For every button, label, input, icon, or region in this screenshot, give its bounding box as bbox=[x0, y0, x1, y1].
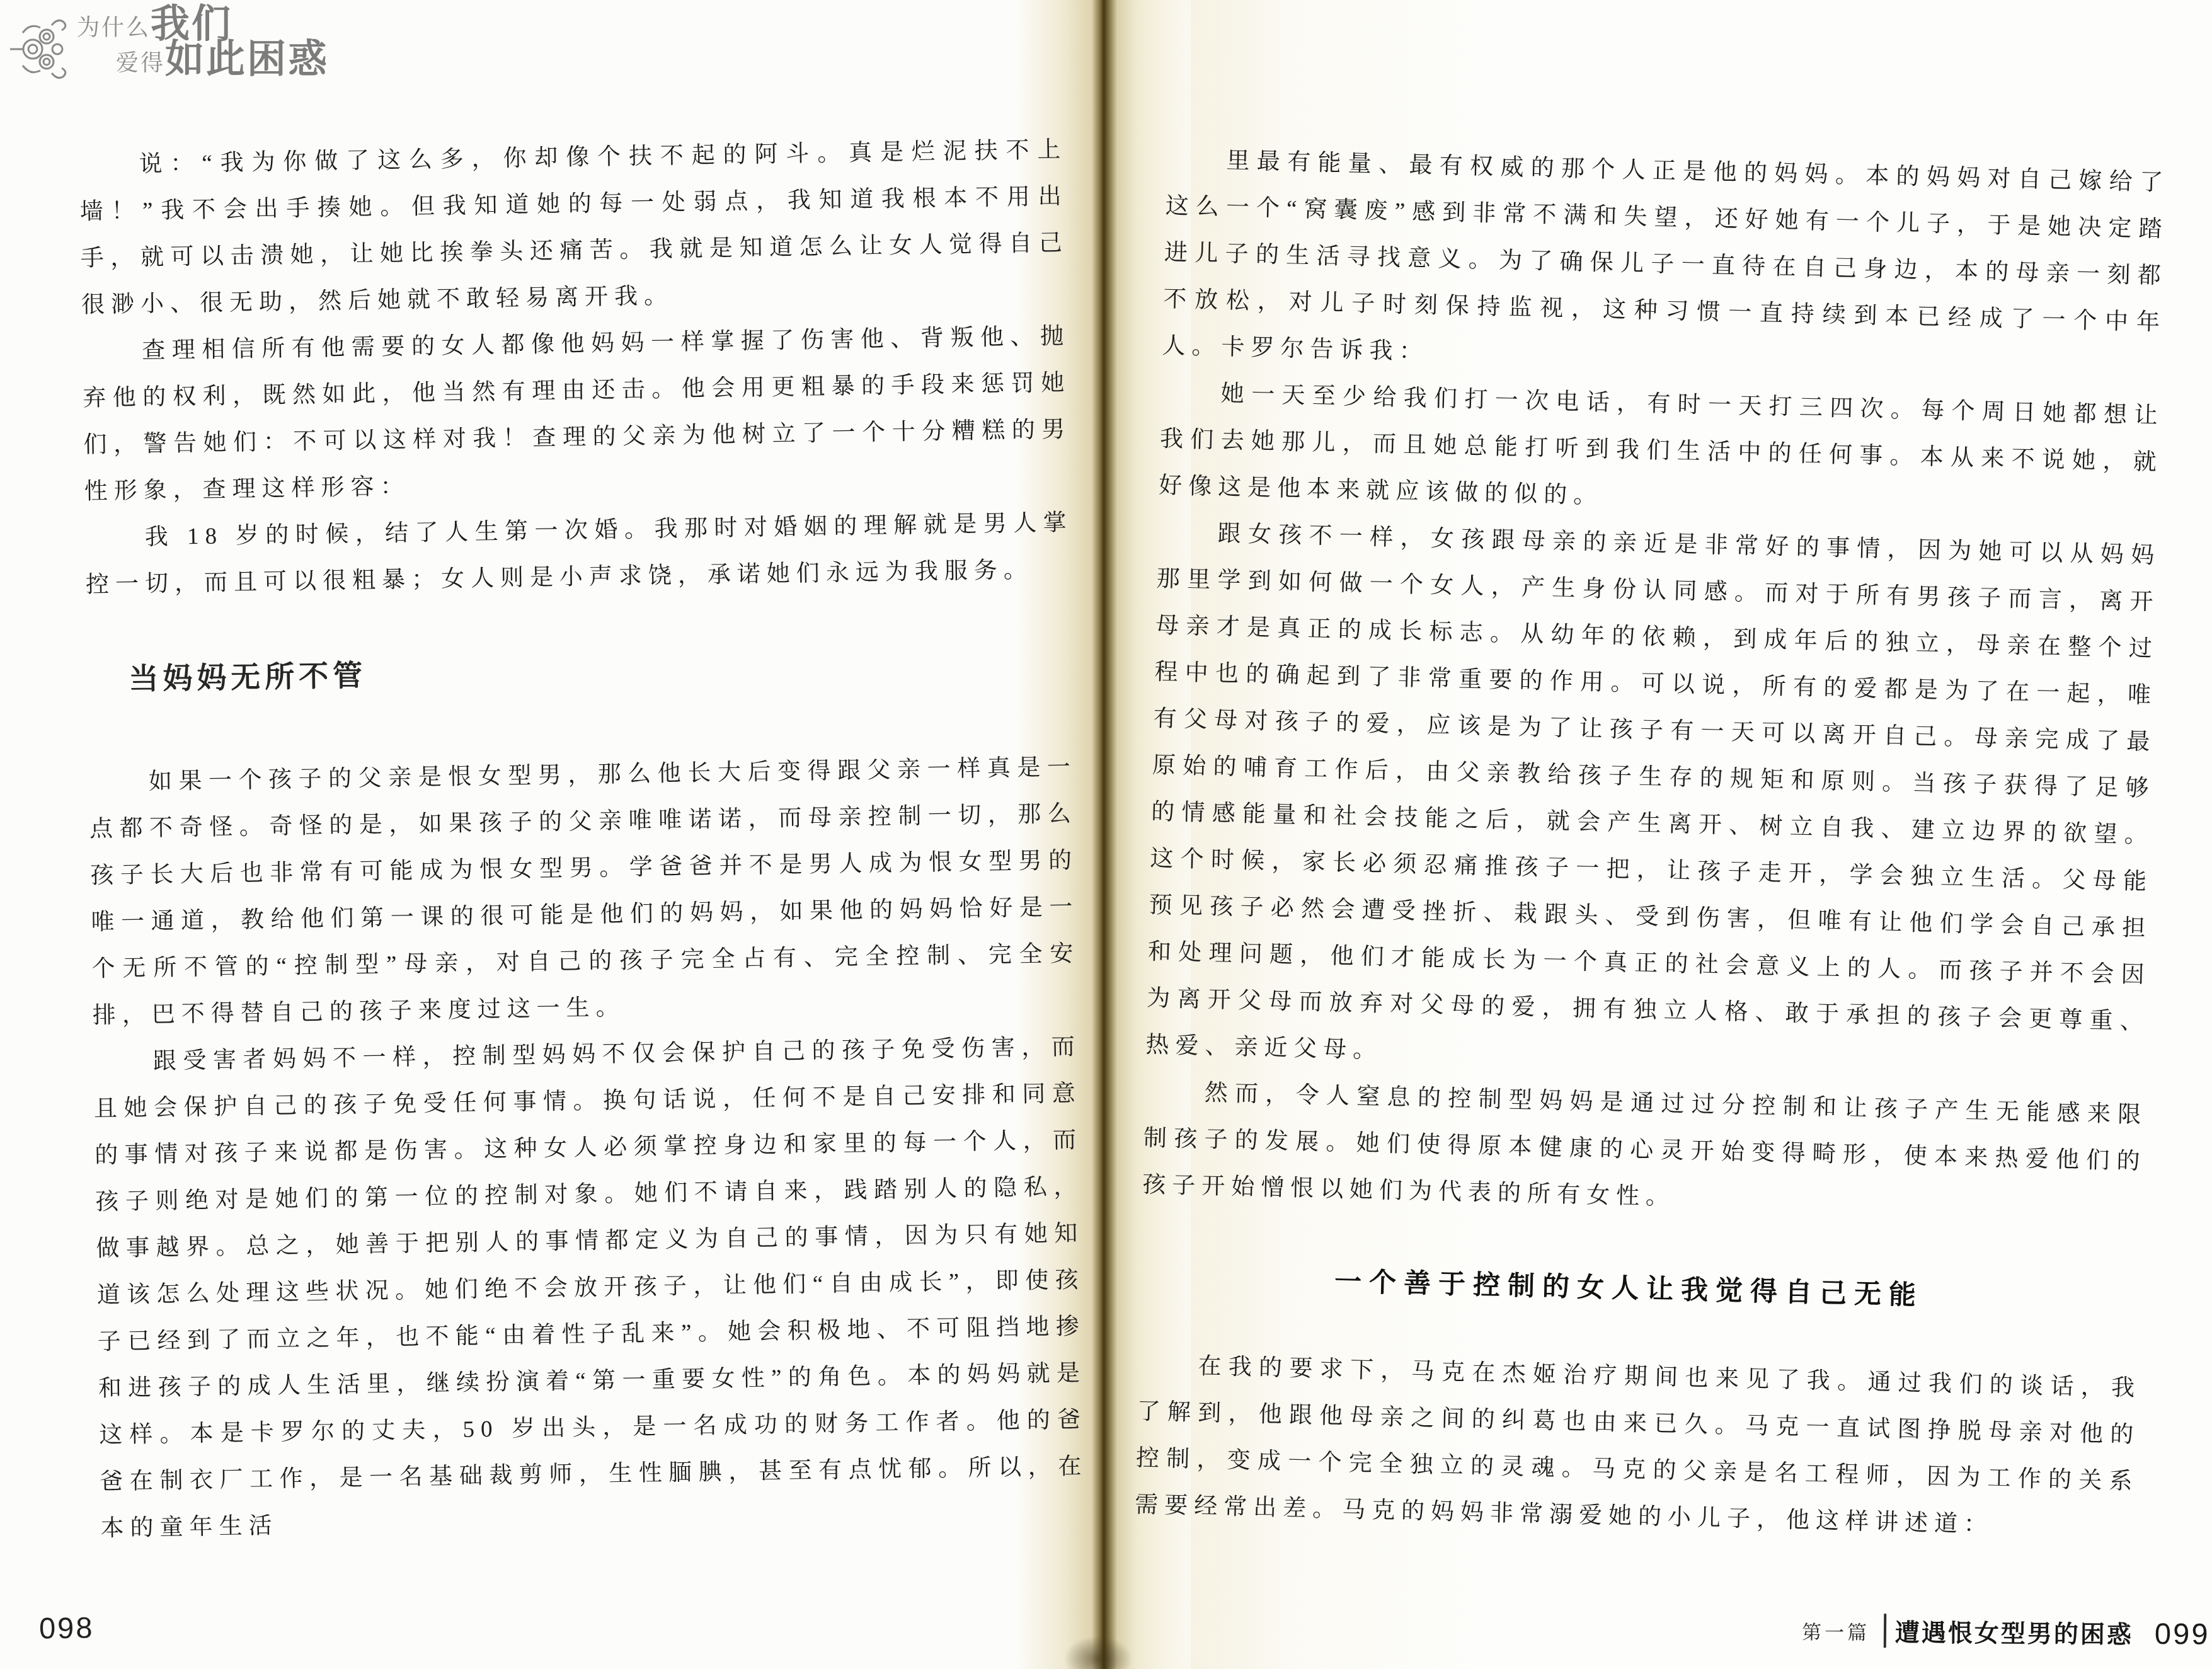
paragraph: 然而，令人窒息的控制型妈妈是通过过分控制和让孩子产生无能感来限制孩子的发展。她们… bbox=[1142, 1069, 2148, 1232]
section-heading: 当妈妈无所不管 bbox=[129, 647, 1075, 696]
book-title: 为什么 我们 爱得 如此困惑 bbox=[77, 5, 329, 79]
left-page: 说：“我为你做了这么多，你却像个扶不起的阿斗。真是烂泥扶不上墙！”我不会出手揍她… bbox=[79, 127, 1089, 1552]
part-label: 第一篇 bbox=[1802, 1616, 1870, 1645]
section-heading: 一个善于控制的女人让我觉得自己无能 bbox=[1140, 1261, 2118, 1317]
chapter-title: 遭遇恨女型男的困惑 bbox=[1895, 1613, 2133, 1650]
footer-right: 第一篇 遭遇恨女型男的困惑 099 bbox=[1802, 1612, 2210, 1651]
quote-block: 说：“我为你做了这么多，你却像个扶不起的阿斗。真是烂泥扶不上墙！”我不会出手揍她… bbox=[79, 127, 1069, 329]
paragraph: 跟女孩不一样，女孩跟母亲的亲近是非常好的事情，因为她可以从妈妈那里学到如何做一个… bbox=[1145, 509, 2161, 1092]
quote-block: 我 18 岁的时候，结了人生第一次婚。我那时对婚姻的理解就是男人掌控一切，而且可… bbox=[84, 500, 1074, 609]
paragraph: 跟受害者妈妈不一样，控制型妈妈不仅会保护自己的孩子免受伤害，而且她会保护自己的孩… bbox=[93, 1024, 1089, 1552]
paragraph: 如果一个孩子的父亲是恨女型男，那么他长大后变得跟父亲一样真是一点都不奇怪。奇怪的… bbox=[88, 744, 1080, 1040]
page-number-left: 098 bbox=[39, 1610, 95, 1646]
footer-divider bbox=[1884, 1614, 1886, 1648]
page-number-right: 099 bbox=[2155, 1616, 2210, 1651]
ornament-icon bbox=[8, 5, 71, 84]
book-gutter-shadow bbox=[1063, 1636, 1133, 1669]
right-page: 里最有能量、最有权威的那个人正是他的妈妈。本的妈妈对自己嫁给了这么一个“窝囊废”… bbox=[1134, 136, 2170, 1551]
book-title-line2-small: 爱得 bbox=[116, 52, 165, 79]
book-title-line1-small: 为什么 bbox=[77, 16, 151, 44]
paragraph: 在我的要求下，马克在杰姬治疗期间也来见了我。通过我们的谈话，我了解到，他跟他母亲… bbox=[1134, 1342, 2141, 1552]
paragraph: 查理相信所有他需要的女人都像他妈妈一样掌握了伤害他、背叛他、抛弃他的权利，既然如… bbox=[82, 313, 1072, 515]
book-title-line2-large: 如此困惑 bbox=[165, 40, 329, 79]
paragraph: 里最有能量、最有权威的那个人正是他的妈妈。本的妈妈对自己嫁给了这么一个“窝囊废”… bbox=[1162, 136, 2170, 393]
book-logo: 为什么 我们 爱得 如此困惑 bbox=[8, 5, 329, 84]
quote-block: 她一天至少给我们打一次电话，有时一天打三四次。每个周日她都想让我们去她那儿，而且… bbox=[1158, 369, 2164, 532]
